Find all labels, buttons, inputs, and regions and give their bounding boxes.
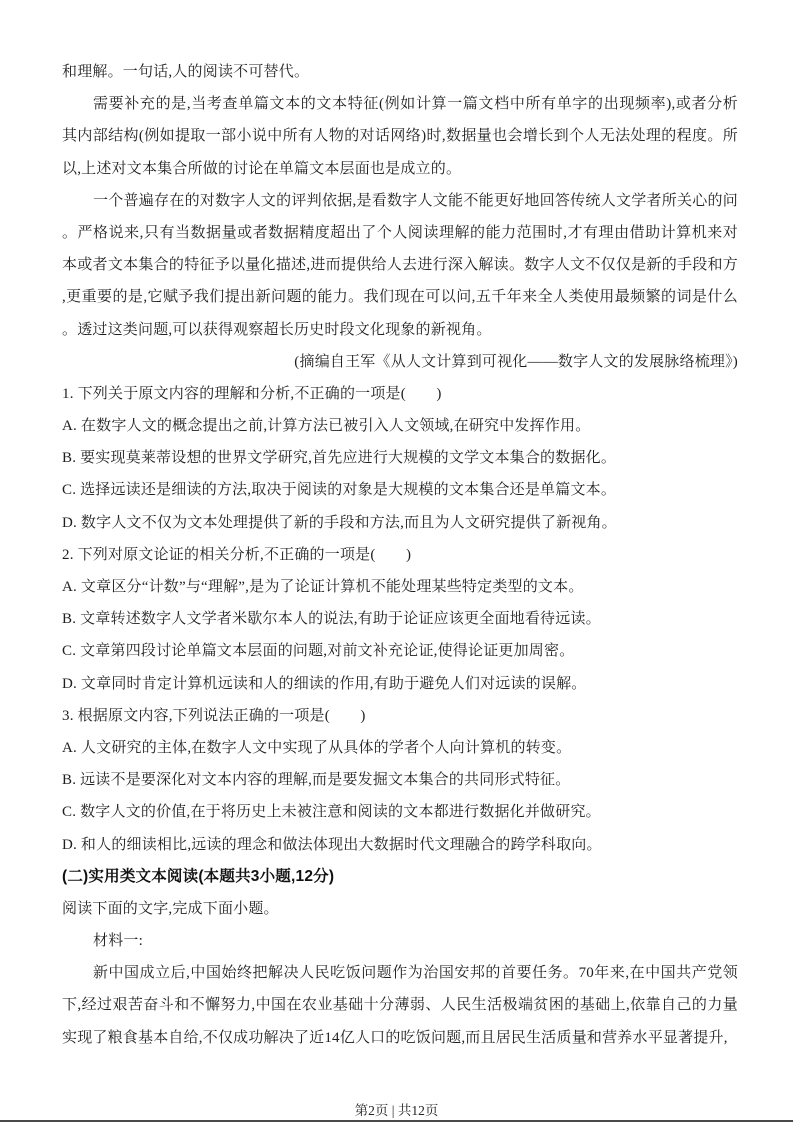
question-1: 1. 下列关于原文内容的理解和分析,不正确的一项是( ) A. 在数字人文的概念… (62, 378, 738, 539)
passage-source-attribution: (摘编自王军《从人文计算到可视化——数字人文的发展脉络梳理》) (62, 346, 738, 378)
section-two-intro: 阅读下面的文字,完成下面小题。 (62, 893, 738, 925)
question-3-stem: 3. 根据原文内容,下列说法正确的一项是( ) (62, 700, 738, 732)
question-1-option-a: A. 在数字人文的概念提出之前,计算方法已被引入人文领域,在研究中发挥作用。 (62, 410, 738, 442)
passage-line: 本或者文本集合的特征予以量化描述,进而提供给人去进行深入解读。数字人文不仅仅是新… (62, 249, 738, 281)
question-3: 3. 根据原文内容,下列说法正确的一项是( ) A. 人文研究的主体,在数字人文… (62, 700, 738, 861)
passage-tail-line: 和理解。一句话,人的阅读不可替代。 (62, 56, 738, 88)
question-2-stem: 2. 下列对原文论证的相关分析,不正确的一项是( ) (62, 539, 738, 571)
passage-line: 其内部结构(例如提取一部小说中所有人物的对话网络)时,数据量也会增长到个人无法处… (62, 120, 738, 152)
question-3-option-d: D. 和人的细读相比,远读的理念和做法体现出大数据时代文理融合的跨学科取向。 (62, 829, 738, 861)
question-2-option-b: B. 文章转述数字人文学者米歇尔本人的说法,有助于论证应该更全面地看待远读。 (62, 603, 738, 635)
material-one-label: 材料一: (62, 925, 738, 957)
passage-line: 需要补充的是,当考查单篇文本的文本特征(例如计算一篇文档中所有单字的出现频率),… (62, 88, 738, 120)
question-2-option-d: D. 文章同时肯定计算机远读和人的细读的作用,有助于避免人们对远读的误解。 (62, 668, 738, 700)
passage-line: 以,上述对文本集合所做的讨论在单篇文本层面也是成立的。 (62, 153, 738, 185)
question-3-option-b: B. 远读不是要深化对文本内容的理解,而是要发掘文本集合的共同形式特征。 (62, 764, 738, 796)
passage-line: 。透过这类问题,可以获得观察超长历史时段文化现象的新视角。 (62, 314, 738, 346)
passage-line: ,更重要的是,它赋予我们提出新问题的能力。我们现在可以问,五千年来全人类使用最频… (62, 281, 738, 313)
question-2: 2. 下列对原文论证的相关分析,不正确的一项是( ) A. 文章区分“计数”与“… (62, 539, 738, 700)
exam-paper-page: 和理解。一句话,人的阅读不可替代。 需要补充的是,当考查单篇文本的文本特征(例如… (0, 0, 793, 1122)
question-1-stem: 1. 下列关于原文内容的理解和分析,不正确的一项是( ) (62, 378, 738, 410)
question-3-option-a: A. 人文研究的主体,在数字人文中实现了从具体的学者个人向计算机的转变。 (62, 732, 738, 764)
page-number-footer: 第2页 | 共12页 (0, 1102, 793, 1120)
material-line: 下,经过艰苦奋斗和不懈努力,中国在农业基础十分薄弱、人民生活极端贫困的基础上,依… (62, 989, 738, 1021)
material-line: 实现了粮食基本自给,不仅成功解决了近14亿人口的吃饭问题,而且居民生活质量和营养… (62, 1022, 738, 1054)
section-two: (二)实用类文本阅读(本题共3小题,12分) 阅读下面的文字,完成下面小题。 材… (62, 861, 738, 1054)
passage-line: 一个普遍存在的对数字人文的评判依据,是看数字人文能不能更好地回答传统人文学者所关… (62, 185, 738, 217)
section-two-heading: (二)实用类文本阅读(本题共3小题,12分) (62, 861, 738, 893)
material-line: 新中国成立后,中国始终把解决人民吃饭问题作为治国安邦的首要任务。70年来,在中国… (62, 957, 738, 989)
question-3-option-c: C. 数字人文的价值,在于将历史上未被注意和阅读的文本都进行数据化并做研究。 (62, 796, 738, 828)
question-2-option-c: C. 文章第四段讨论单篇文本层面的问题,对前文补充论证,使得论证更加周密。 (62, 635, 738, 667)
question-1-option-c: C. 选择远读还是细读的方法,取决于阅读的对象是大规模的文本集合还是单篇文本。 (62, 474, 738, 506)
question-1-option-b: B. 要实现莫莱蒂设想的世界文学研究,首先应进行大规模的文学文本集合的数据化。 (62, 442, 738, 474)
document-body: 和理解。一句话,人的阅读不可替代。 需要补充的是,当考查单篇文本的文本特征(例如… (62, 56, 738, 1054)
passage-line: 。严格说来,只有当数据量或者数据精度超出了个人阅读理解的能力范围时,才有理由借助… (62, 217, 738, 249)
question-1-option-d: D. 数字人文不仅为文本处理提供了新的手段和方法,而且为人文研究提供了新视角。 (62, 507, 738, 539)
question-2-option-a: A. 文章区分“计数”与“理解”,是为了论证计算机不能处理某些特定类型的文本。 (62, 571, 738, 603)
